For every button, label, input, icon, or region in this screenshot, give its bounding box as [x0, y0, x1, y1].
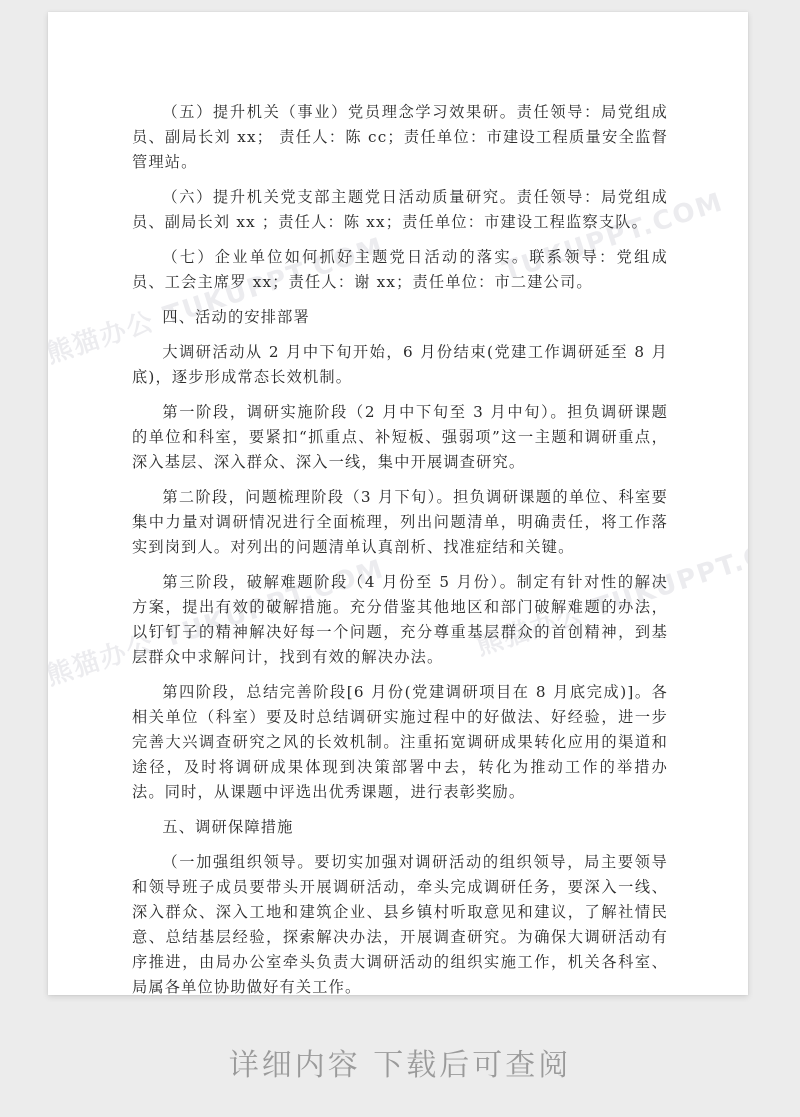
section-heading-5: 五、调研保障措施	[132, 815, 668, 840]
paragraph-phase-3: 第三阶段，破解难题阶段（4 月份至 5 月份）。制定有针对性的解决方案，提出有效…	[132, 570, 668, 670]
paragraph-phase-4: 第四阶段，总结完善阶段[6 月份(党建调研项目在 8 月底完成)]。各相关单位（…	[132, 680, 668, 805]
document-body: （五）提升机关（事业）党员理念学习效果研。责任领导：局党组成员、副局长刘 xx；…	[132, 100, 668, 995]
paragraph-item-7: （七）企业单位如何抓好主题党日活动的落实。联系领导：党组成员、工会主席罗 xx；…	[132, 245, 668, 295]
paragraph-item-5: （五）提升机关（事业）党员理念学习效果研。责任领导：局党组成员、副局长刘 xx；…	[132, 100, 668, 175]
document-page: 熊猫办公 TUKUPPT.COM TUKUPPT.COM 熊猫办公 TUKUPP…	[48, 12, 748, 995]
paragraph-measure-1: （一加强组织领导。要切实加强对调研活动的组织领导，局主要领导和领导班子成员要带头…	[132, 850, 668, 995]
section-heading-4: 四、活动的安排部署	[132, 305, 668, 330]
paragraph-schedule: 大调研活动从 2 月中下旬开始，6 月份结束(党建工作调研延至 8 月底)，逐步…	[132, 340, 668, 390]
paragraph-phase-1: 第一阶段，调研实施阶段（2 月中下旬至 3 月中旬）。担负调研课题的单位和科室，…	[132, 400, 668, 475]
paragraph-phase-2: 第二阶段，问题梳理阶段（3 月下旬）。担负调研课题的单位、科室要集中力量对调研情…	[132, 485, 668, 560]
paragraph-item-6: （六）提升机关党支部主题党日活动质量研究。责任领导：局党组成员、副局长刘 xx …	[132, 185, 668, 235]
download-prompt-caption: 详细内容 下载后可查阅	[0, 1040, 800, 1084]
